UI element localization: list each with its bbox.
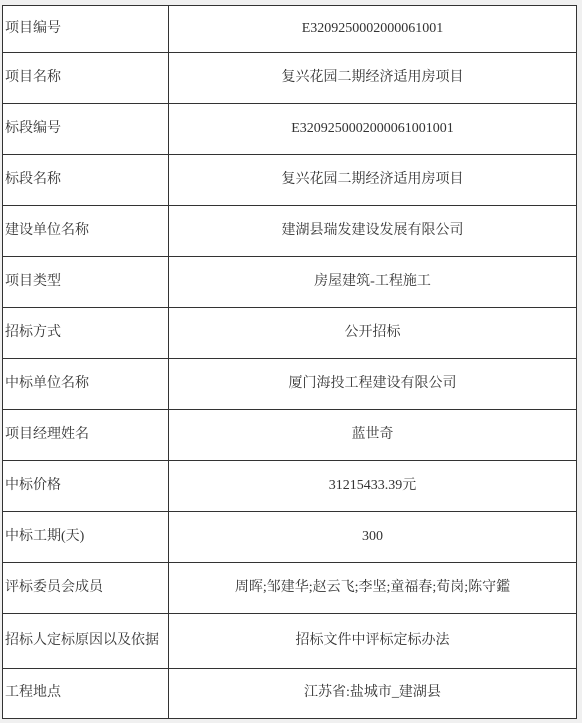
row-value: 房屋建筑-工程施工 <box>169 257 577 308</box>
bid-info-table: 项目编号 E3209250002000061001 项目名称 复兴花园二期经济适… <box>2 5 577 719</box>
row-label: 标段编号 <box>3 104 169 155</box>
row-label: 标段名称 <box>3 155 169 206</box>
table-row: 项目编号 E3209250002000061001 <box>3 6 577 53</box>
row-label: 项目经理姓名 <box>3 410 169 461</box>
table-row: 招标人定标原因以及依据 招标文件中评标定标办法 <box>3 614 577 669</box>
row-label: 工程地点 <box>3 669 169 719</box>
row-value: 建湖县瑞发建设发展有限公司 <box>169 206 577 257</box>
row-label: 项目类型 <box>3 257 169 308</box>
row-value: 31215433.39元 <box>169 461 577 512</box>
row-value: 公开招标 <box>169 308 577 359</box>
row-value: 厦门海投工程建设有限公司 <box>169 359 577 410</box>
row-label: 项目编号 <box>3 6 169 53</box>
row-value: 蓝世奇 <box>169 410 577 461</box>
table-row: 工程地点 江苏省:盐城市_建湖县 <box>3 669 577 719</box>
table-row: 中标单位名称 厦门海投工程建设有限公司 <box>3 359 577 410</box>
table-row: 标段编号 E3209250002000061001001 <box>3 104 577 155</box>
row-value: 江苏省:盐城市_建湖县 <box>169 669 577 719</box>
row-value: 复兴花园二期经济适用房项目 <box>169 53 577 104</box>
row-value: E3209250002000061001 <box>169 6 577 53</box>
row-label: 建设单位名称 <box>3 206 169 257</box>
row-value: 300 <box>169 512 577 563</box>
table-row: 标段名称 复兴花园二期经济适用房项目 <box>3 155 577 206</box>
row-label: 项目名称 <box>3 53 169 104</box>
row-label: 中标工期(天) <box>3 512 169 563</box>
table-row: 项目经理姓名 蓝世奇 <box>3 410 577 461</box>
row-label: 招标方式 <box>3 308 169 359</box>
row-value: E3209250002000061001001 <box>169 104 577 155</box>
table-row: 中标价格 31215433.39元 <box>3 461 577 512</box>
row-value: 周晖;邹建华;赵云飞;李坚;童福春;荀岗;陈守鑑 <box>169 563 577 614</box>
table-row: 项目名称 复兴花园二期经济适用房项目 <box>3 53 577 104</box>
row-value: 招标文件中评标定标办法 <box>169 614 577 669</box>
row-label: 中标单位名称 <box>3 359 169 410</box>
table-row: 招标方式 公开招标 <box>3 308 577 359</box>
table-row: 中标工期(天) 300 <box>3 512 577 563</box>
table-row: 评标委员会成员 周晖;邹建华;赵云飞;李坚;童福春;荀岗;陈守鑑 <box>3 563 577 614</box>
table-row: 建设单位名称 建湖县瑞发建设发展有限公司 <box>3 206 577 257</box>
row-label: 评标委员会成员 <box>3 563 169 614</box>
row-label: 中标价格 <box>3 461 169 512</box>
row-value: 复兴花园二期经济适用房项目 <box>169 155 577 206</box>
row-label: 招标人定标原因以及依据 <box>3 614 169 669</box>
bid-result-page: 项目编号 E3209250002000061001 项目名称 复兴花园二期经济适… <box>0 0 582 723</box>
table-row: 项目类型 房屋建筑-工程施工 <box>3 257 577 308</box>
